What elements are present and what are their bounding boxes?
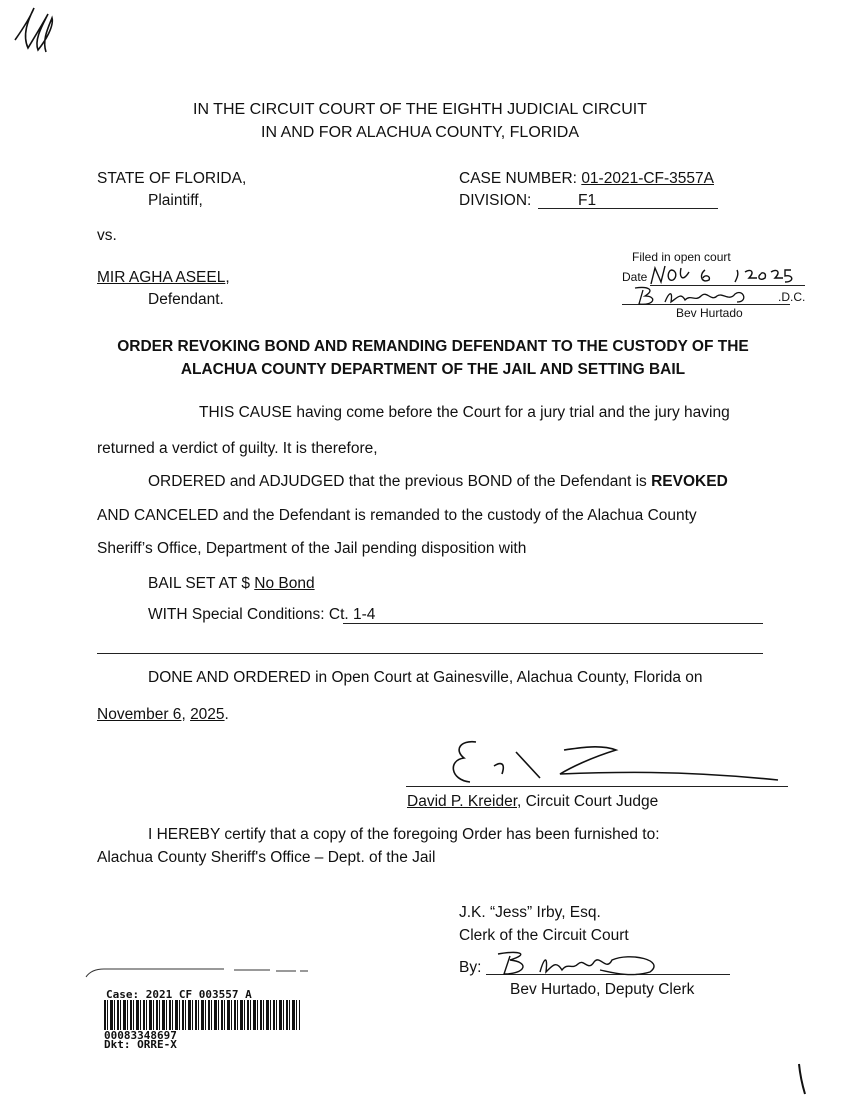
filed-stamp-clerk-name: Bev Hurtado	[676, 306, 743, 320]
clerk-by-label: By:	[459, 959, 481, 977]
done-date-year: 2025	[190, 706, 224, 723]
para2-line1: ORDERED and ADJUDGED that the previous B…	[148, 473, 728, 491]
stray-mark	[795, 1060, 811, 1100]
court-header-line1: IN THE CIRCUIT COURT OF THE EIGHTH JUDIC…	[0, 101, 840, 119]
barcode	[104, 1000, 300, 1030]
filed-stamp-signature	[625, 284, 775, 308]
conditions-line: WITH Special Conditions: Ct. 1-4	[148, 606, 375, 624]
para1-line1: THIS CAUSE having come before the Court …	[199, 404, 730, 422]
conditions-underline	[343, 623, 763, 624]
certificate-line1: I HEREBY certify that a copy of the fore…	[148, 826, 660, 844]
case-number-line: CASE NUMBER: 01-2021-CF-3557A	[459, 170, 714, 188]
para2-line1-text: ORDERED and ADJUDGED that the previous B…	[148, 473, 651, 490]
clerk-name: J.K. “Jess” Irby, Esq.	[459, 904, 601, 922]
done-date-month-day: November 6	[97, 706, 181, 723]
judge-signature-block: David P. Kreider, Circuit Court Judge	[407, 793, 658, 811]
defendant-role: Defendant.	[148, 291, 224, 309]
judge-signature	[430, 736, 790, 788]
revoked-emphasis: REVOKED	[651, 473, 728, 490]
conditions-extra-line	[97, 653, 763, 654]
bail-label: BAIL SET AT $	[148, 575, 254, 592]
court-header-line2: IN AND FOR ALACHUA COUNTY, FLORIDA	[0, 124, 840, 142]
bail-value: No Bond	[254, 575, 314, 592]
certificate-line2: Alachua County Sheriff's Office – Dept. …	[97, 849, 435, 867]
case-number-label: CASE NUMBER:	[459, 170, 581, 187]
defendant-name: MIR AGHA ASEEL	[97, 269, 225, 286]
label-edge	[84, 965, 310, 979]
order-title-line1: ORDER REVOKING BOND AND REMANDING DEFEND…	[0, 338, 866, 356]
case-number: 01-2021-CF-3557A	[581, 170, 714, 187]
defendant-name-suffix: ,	[225, 269, 229, 286]
para2-line3: Sheriff’s Office, Department of the Jail…	[97, 540, 526, 558]
division-value: F1	[578, 192, 596, 210]
bail-line: BAIL SET AT $ No Bond	[148, 575, 315, 593]
judge-signature-line	[406, 786, 788, 787]
judge-name: David P. Kreider	[407, 793, 517, 810]
done-date-end: .	[225, 706, 229, 723]
order-title-line2: ALACHUA COUNTY DEPARTMENT OF THE JAIL AN…	[0, 361, 866, 379]
defendant-name-line: MIR AGHA ASEEL,	[97, 269, 230, 287]
para2-line2: AND CANCELED and the Defendant is remand…	[97, 507, 697, 525]
division-underline	[538, 208, 718, 209]
judge-title: , Circuit Court Judge	[517, 793, 658, 810]
deputy-clerk-signature	[490, 948, 670, 980]
initials-mark	[12, 0, 62, 60]
division-line: DIVISION:	[459, 192, 531, 210]
plaintiff-role: Plaintiff,	[148, 192, 203, 210]
filed-stamp-date-label: Date	[622, 270, 647, 284]
division-label: DIVISION:	[459, 192, 531, 209]
conditions-label: WITH Special Conditions:	[148, 606, 329, 623]
done-ordered-date: November 6, 2025.	[97, 706, 229, 724]
conditions-value: Ct. 1-4	[329, 606, 376, 623]
done-ordered-line1: DONE AND ORDERED in Open Court at Gaines…	[148, 669, 703, 687]
clerk-title: Clerk of the Circuit Court	[459, 927, 629, 945]
para1-line2: returned a verdict of guilty. It is ther…	[97, 440, 378, 458]
deputy-clerk-name: Bev Hurtado, Deputy Clerk	[510, 981, 694, 999]
done-date-sep: ,	[181, 706, 190, 723]
versus: vs.	[97, 227, 117, 245]
plaintiff-name: STATE OF FLORIDA,	[97, 170, 246, 188]
filed-stamp-dc: .D.C.	[778, 290, 805, 304]
barcode-dkt: Dkt: ORRE-X	[104, 1039, 177, 1050]
barcode-case-label: Case: 2021 CF 003557 A	[106, 989, 252, 1000]
